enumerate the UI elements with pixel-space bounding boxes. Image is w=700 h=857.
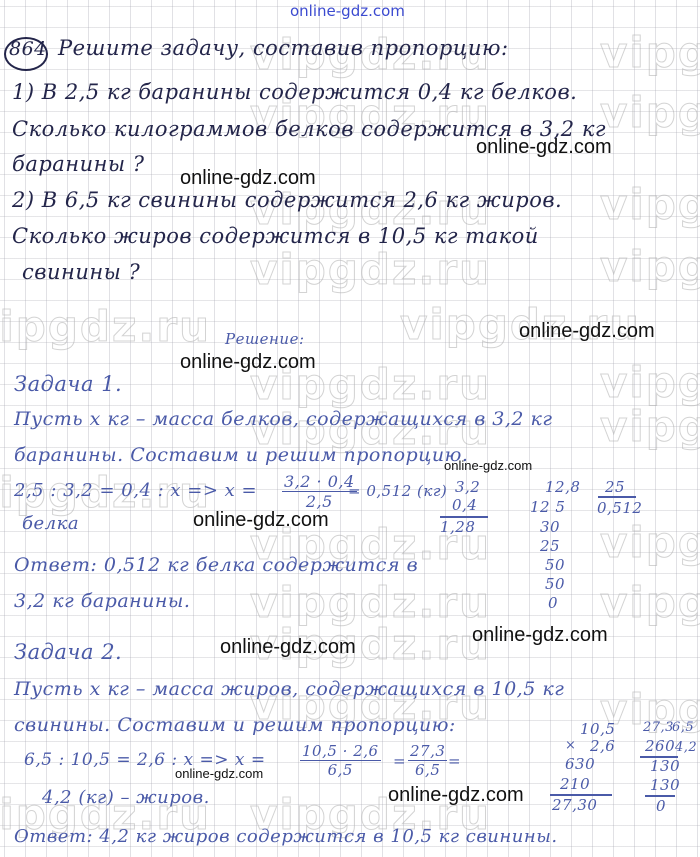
overlay-watermark: online-gdz.com (193, 509, 329, 532)
division-step: 260 (645, 737, 675, 755)
task1-text: 1) В 2,5 кг баранины содержится 0,4 кг б… (12, 80, 577, 104)
background-watermark: vipgdz.ru (600, 28, 700, 77)
task1-solution-text: Пусть x кг – масса белков, содержащихся … (14, 408, 553, 430)
task1-answer: 3,2 кг баранины. (14, 590, 190, 612)
division-step: 12 5 (530, 498, 565, 516)
division-step: 30 (540, 518, 560, 536)
overlay-watermark: online-gdz.com (388, 784, 524, 807)
division-step: 130 (650, 757, 680, 775)
task2-text: Сколько жиров содержится в 10,5 кг такой (12, 224, 539, 248)
fraction-numerator: 10,5 · 2,6 (300, 742, 381, 761)
task2-result: 4,2 (кг) – жиров. (42, 787, 210, 808)
task2-text: 2) В 6,5 кг свинины содержится 2,6 кг жи… (12, 188, 562, 212)
background-watermark: vipgdz.ru (600, 88, 700, 137)
background-watermark: vipgdz.ru (600, 358, 700, 407)
division-step: 25 (540, 537, 560, 555)
mult-product: 1,28 (440, 518, 475, 536)
task2-label: Задача 2. (14, 640, 122, 664)
overlay-watermark: online-gdz.com (476, 136, 612, 159)
task1-result-unit: белка (22, 513, 79, 534)
division-divisor: 25 (605, 478, 625, 496)
task1-fraction: 3,2 · 0,4 2,5 (282, 472, 357, 511)
mult-operand-a: 3,2 (455, 478, 480, 496)
fraction-denominator: 6,5 (328, 761, 353, 779)
task2-fraction-simplified: 27,3 6,5 (408, 742, 447, 779)
top-watermark: online-gdz.com (290, 2, 405, 20)
task2-text: свинины ? (22, 260, 140, 284)
problem-number: 864 (9, 38, 47, 60)
problem-heading: Решите задачу, составив пропорцию: (58, 36, 509, 60)
mult-partial: 210 (560, 775, 590, 793)
division-step: 130 (650, 776, 680, 794)
task1-equation: 2,5 : 3,2 = 0,4 : x => x = (14, 480, 257, 501)
task2-answer: Ответ: 4,2 кг жиров содержится в 10,5 кг… (14, 826, 558, 847)
division-step: 0 (548, 594, 558, 612)
division-step: 50 (545, 575, 565, 593)
equals-sign: = (393, 752, 406, 770)
task1-text: баранины ? (12, 152, 145, 176)
solution-title: Решение: (225, 330, 305, 348)
task2-solution-text: свинины. Составим и решим пропорцию: (14, 714, 456, 736)
division-step: 0 (656, 797, 666, 815)
mult-product: 27,30 (552, 796, 597, 814)
mult-operand-a: 10,5 (580, 720, 615, 738)
mult-partial: 630 (565, 755, 595, 773)
task1-result: = 0,512 (кг) (348, 482, 447, 500)
task1-label: Задача 1. (14, 372, 122, 396)
overlay-watermark: online-gdz.com (220, 636, 356, 659)
background-watermark: vipgdz.ru (600, 242, 700, 291)
task2-solution-text: Пусть x кг – масса жиров, содержащихся в… (14, 678, 564, 700)
fraction-denominator: 6,5 (415, 761, 440, 779)
overlay-watermark: online-gdz.com (175, 766, 263, 781)
division-quotient: 0,512 (597, 499, 642, 517)
overlay-watermark: online-gdz.com (180, 351, 316, 374)
mult-operand-b: 2,6 (590, 737, 615, 755)
task1-answer: Ответ: 0,512 кг белка содержится в (14, 554, 418, 576)
division-quotient: 4,2 (675, 740, 697, 755)
overlay-watermark: online-gdz.com (519, 320, 655, 343)
overlay-watermark: online-gdz.com (444, 458, 532, 473)
fraction-numerator: 3,2 · 0,4 (282, 472, 357, 492)
overlay-watermark: online-gdz.com (472, 624, 608, 647)
overlay-watermark: online-gdz.com (180, 167, 316, 190)
multiply-sign: × (565, 738, 576, 753)
task1-solution-text: баранины. Составим и решим пропорцию. (14, 444, 468, 466)
division-dividend: 12,8 (545, 478, 580, 496)
background-watermark: vipgdz.ru (600, 180, 700, 229)
equals-sign: = (448, 752, 461, 770)
fraction-numerator: 27,3 (408, 742, 447, 761)
background-watermark: vipgdz.ru (0, 302, 211, 351)
background-watermark: vipgdz.ru (250, 245, 491, 294)
division-step: 50 (545, 556, 565, 574)
background-watermark: vipgdz.ru (600, 578, 700, 627)
mult-operand-b: 0,4 (452, 496, 477, 514)
division-line (598, 496, 636, 498)
task2-fraction: 10,5 · 2,6 6,5 (300, 742, 381, 779)
division-divisor: 6,5 (672, 720, 694, 735)
background-watermark: vipgdz.ru (600, 518, 700, 567)
division-dividend: 27,3 (643, 720, 674, 735)
background-watermark: vipgdz.ru (600, 402, 700, 451)
